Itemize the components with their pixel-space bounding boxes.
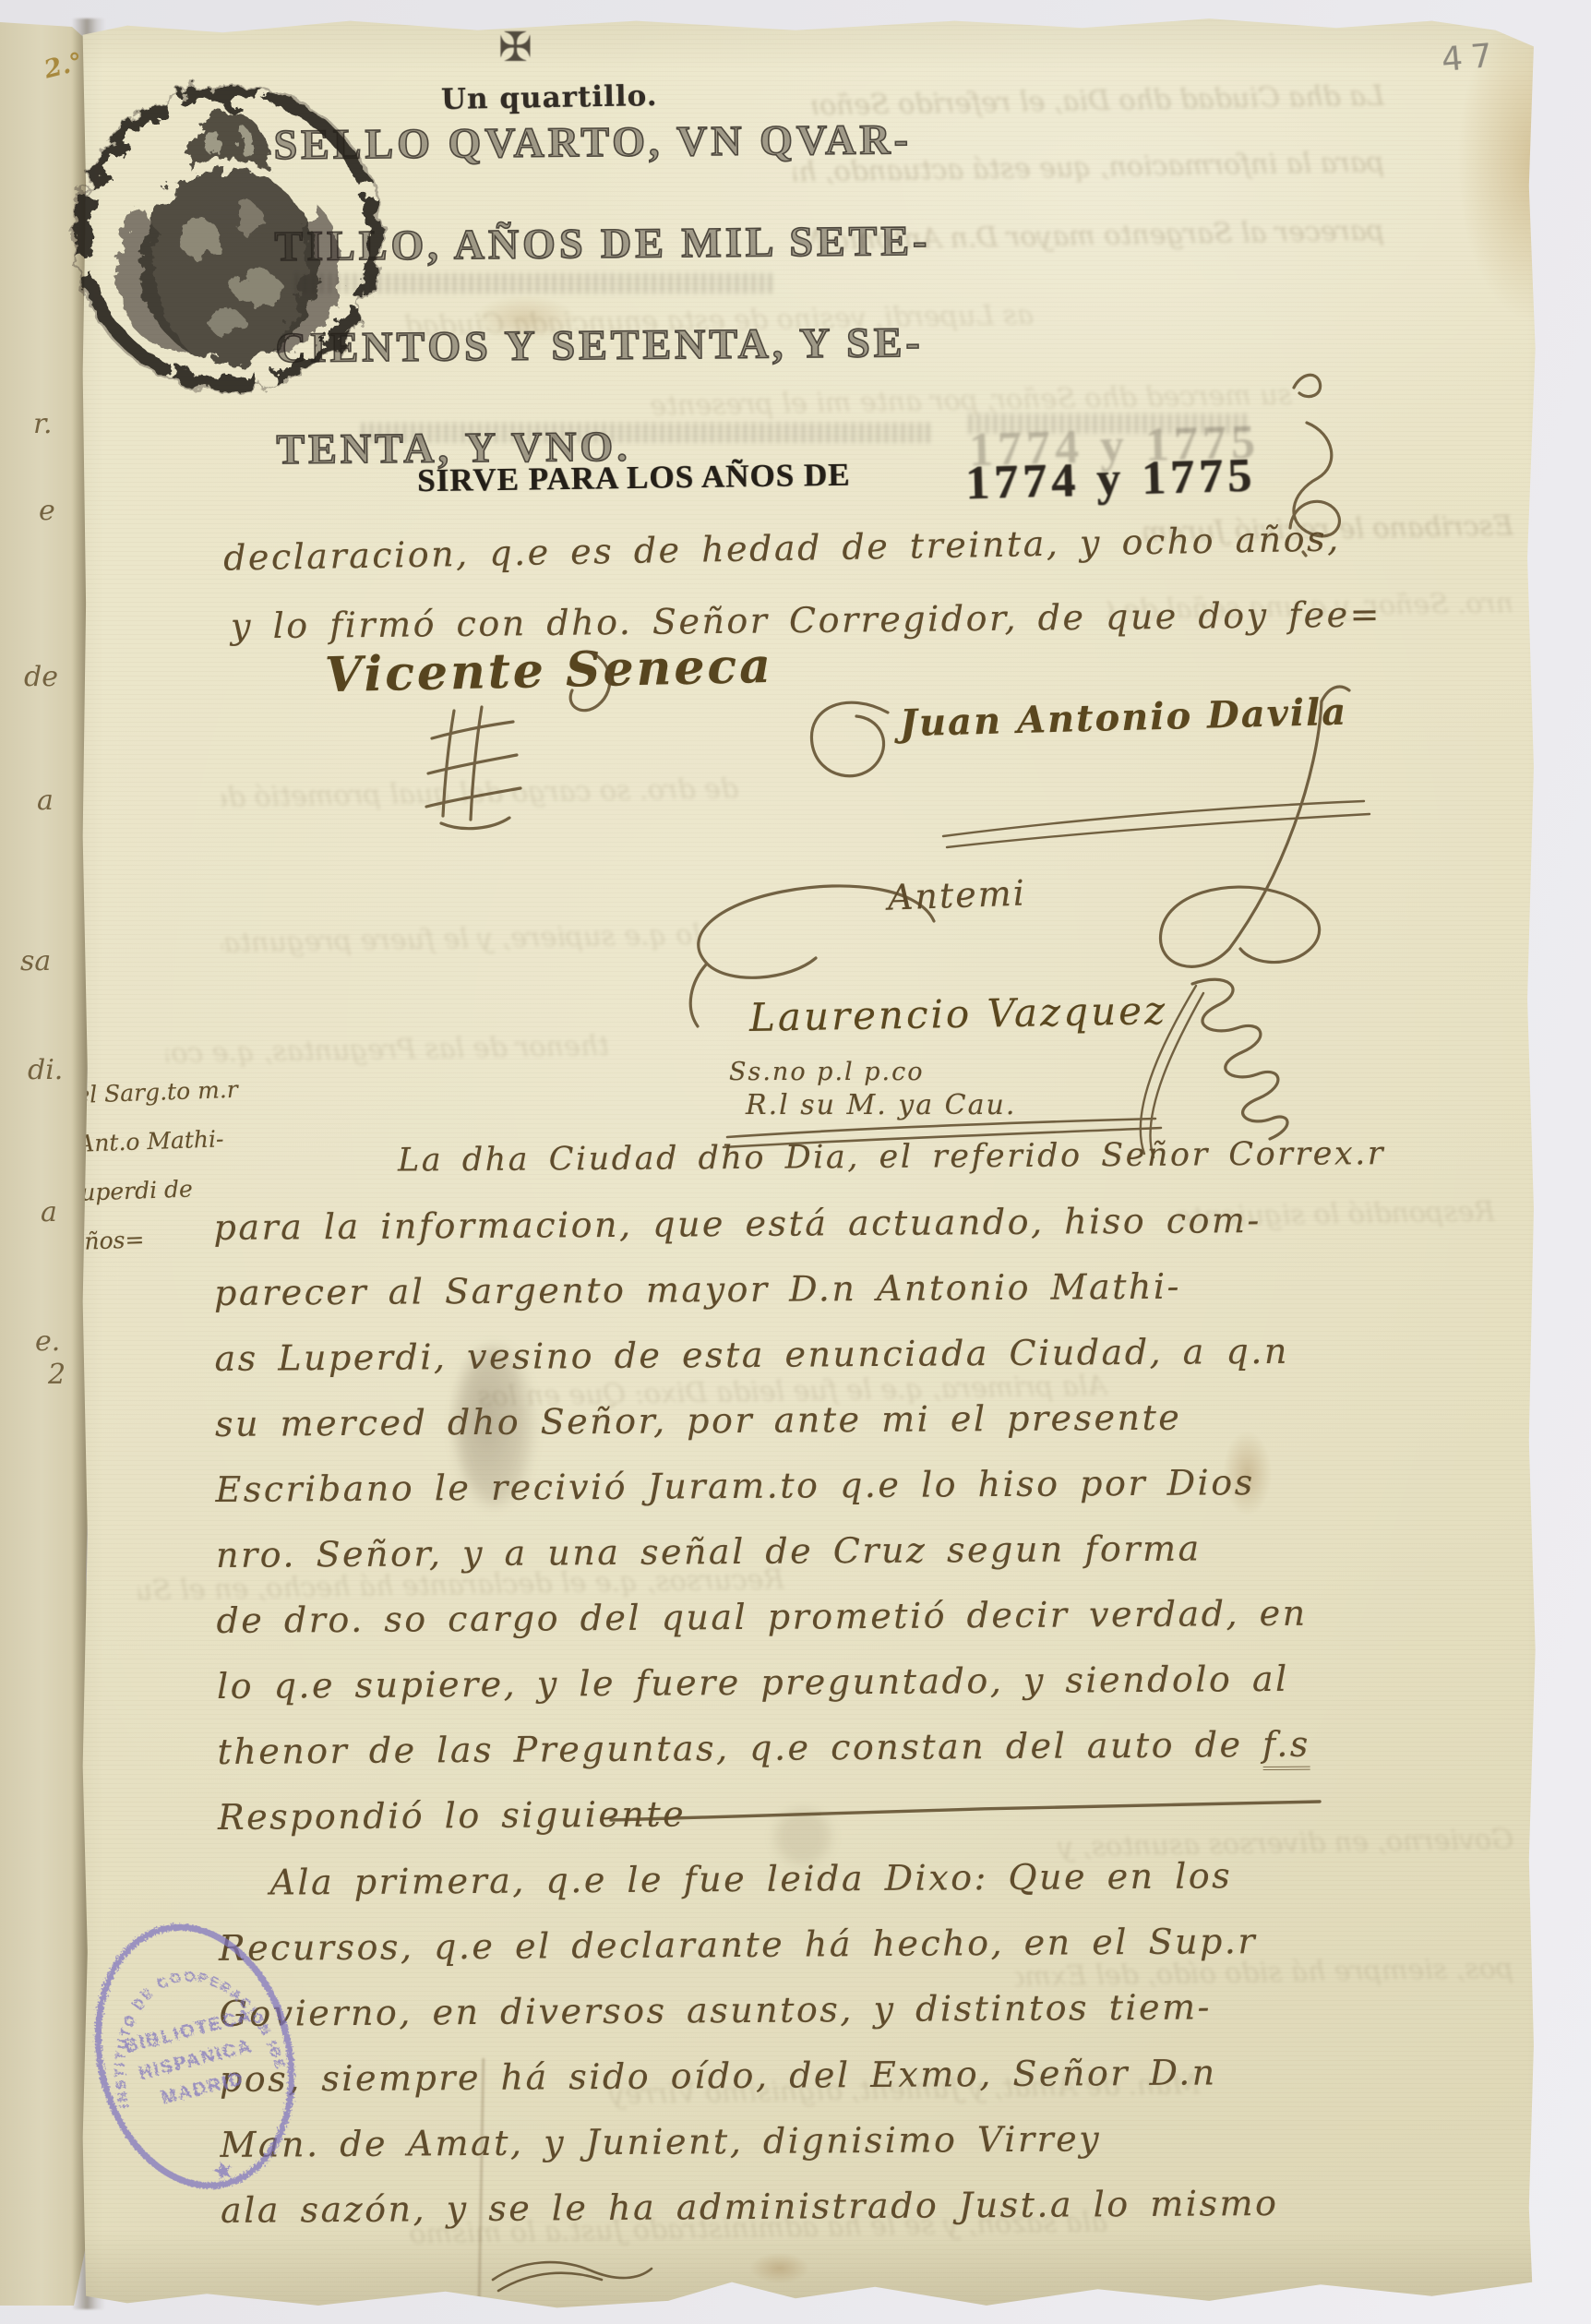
- seal-wear: [207, 308, 244, 334]
- gutter-text-fragment: a: [41, 1196, 57, 1228]
- body-line: nro. Señor, y a una señal de Cruz segun …: [216, 1515, 1259, 1588]
- underlined-abbreviation: f.s: [1262, 1724, 1310, 1770]
- ghost-writing: thenor de las Preguntas, q.e constan del…: [166, 1030, 610, 1070]
- manuscript-photo: r. e de a sa di. a e. 2 La dha Ciudad dh…: [0, 0, 1591, 2324]
- body-line: Respondió lo siguiente: [218, 1778, 1261, 1851]
- body-line: Man. de Amat, y Junient, dignisimo Virre…: [220, 2105, 1262, 2178]
- gutter-text-fragment: e: [39, 495, 55, 527]
- body-line: pos, siempre há sido oído, del Exmo, Señ…: [220, 2040, 1262, 2113]
- seal-wear: [236, 203, 262, 236]
- gutter-text-fragment: de: [24, 661, 58, 693]
- seal-wear: [179, 218, 220, 258]
- testimony-body: La dha Ciudad dho Dia, el referido Señor…: [213, 1122, 1263, 2244]
- seal-crown-gap: [205, 129, 220, 155]
- sirve-para-line: SIRVE PARA LOS AÑOS DE: [417, 457, 851, 500]
- notary-title: Ss.no p.l p.co: [729, 1058, 925, 1086]
- davila-long-stroke: [943, 801, 1370, 847]
- ghost-writing: lo q.e supiere, y le fuere preguntado, y…: [221, 918, 702, 959]
- gutter-text-fragment: di.: [28, 1054, 63, 1086]
- gutter-text-fragment: e.: [35, 1325, 60, 1358]
- ghost-writing: de dro. so cargo del qual prometió decir…: [221, 773, 739, 814]
- body-line: thenor de las Preguntas, q.e constan del…: [217, 1712, 1260, 1785]
- faded-print-line: [969, 413, 1246, 434]
- body-line: lo q.e supiere, y le fuere preguntado, y…: [217, 1647, 1260, 1719]
- cross-ornament-icon: ✠: [498, 24, 532, 71]
- gutter-text-fragment: 2: [48, 1359, 66, 1391]
- body-line: de dro. so cargo del qual prometió decir…: [216, 1581, 1259, 1654]
- body-line: Ala primera, q.e le fue leida Dixo: Que …: [218, 1843, 1261, 1916]
- body-line: Escribano le recivió Juram.to q.e lo his…: [215, 1450, 1258, 1523]
- seal-crown-gap: [238, 129, 253, 155]
- stamp-ring-text: INSTITUTO DE COOPERACION IBEROAMERICANA: [56, 1887, 289, 2117]
- body-line: La dha Ciudad dho Dia, el referido Señor…: [213, 1122, 1256, 1195]
- davila-lead-loop: [811, 702, 888, 776]
- body-line: su merced dho Señor, por ante mi el pres…: [215, 1384, 1258, 1457]
- body-line: para la informacion, que está actuando, …: [213, 1188, 1256, 1261]
- gutter-text-fragment: a: [37, 785, 54, 817]
- folio-number: 47: [1440, 36, 1501, 78]
- body-line: Recursos, q.e el declarante há hecho, en…: [219, 1909, 1262, 1982]
- bottom-flourish: [493, 2262, 652, 2291]
- body-line: Govierno, en diversos asuntos, y distint…: [219, 1974, 1262, 2047]
- quartillo-heading: Un quartillo.: [441, 79, 658, 116]
- closing-line: declaracion, q.e es de hedad de treinta,…: [223, 518, 1341, 578]
- signature-vicente-seneca: Vicente Seneca: [324, 638, 773, 703]
- body-line: ala sazón, y se le ha administrado Just.…: [221, 2171, 1263, 2244]
- signature-laurencio-vazquez: Laurencio Vazquez: [749, 988, 1168, 1040]
- star-icon: ★: [210, 2157, 236, 2186]
- gutter-text-fragment: r.: [33, 408, 53, 440]
- body-line: as Luperdi, vesino de esta enunciada Ciu…: [214, 1319, 1257, 1392]
- seal-wear: [233, 270, 281, 306]
- seal-crown: [189, 109, 268, 170]
- notary-title: R.l su M. ya Cau.: [746, 1089, 1016, 1121]
- ante-mi-label: Antemi: [887, 872, 1026, 917]
- vazquez-coil: [1192, 979, 1287, 1139]
- closing-line: y lo firmó con dho. Señor Corregidor, de…: [231, 593, 1382, 646]
- validity-years: 1774 y 1775: [964, 449, 1257, 511]
- royal-seal-stamp: [52, 57, 402, 408]
- seneca-paraph: [426, 707, 520, 829]
- gutter-text-fragment: sa: [20, 945, 51, 977]
- signature-juan-antonio-davila: Juan Antonio Davila: [899, 690, 1347, 746]
- body-line: parecer al Sargento mayor D.n Antonio Ma…: [214, 1253, 1257, 1326]
- seal-crown-orb: [220, 90, 238, 109]
